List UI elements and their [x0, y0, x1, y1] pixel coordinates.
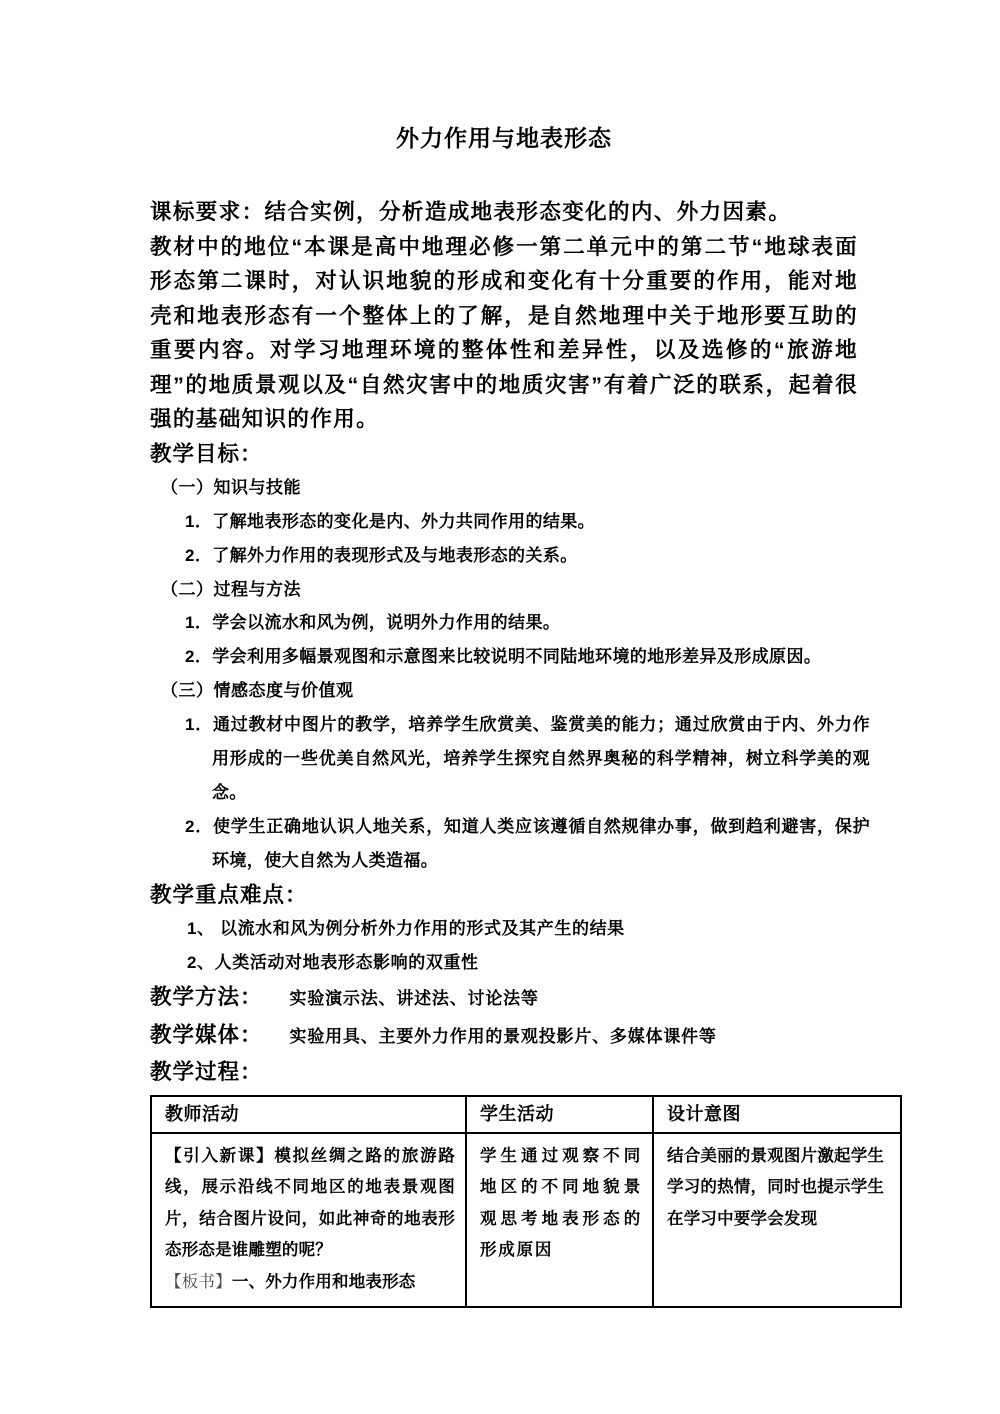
- teaching-goals-heading: 教学目标：: [150, 437, 900, 472]
- board-writing-text: 一、外力作用和地表形态: [232, 1273, 416, 1291]
- table-row: 【引入新课】模拟丝绸之路的旅游路线，展示沿线不同地区的地表景观图片，结合图片设问…: [151, 1133, 901, 1308]
- teaching-media-line: 教学媒体：实验用具、主要外力作用的景观投影片、多媒体课件等: [150, 1018, 900, 1056]
- student-activity-text: 学生通过观察不同地区的不同地貌景观思考地表形态的形成原因: [480, 1141, 642, 1267]
- goals-subsection-1-item-2: 2．了解外力作用的表现形式及与地表形态的关系。: [150, 539, 870, 573]
- goals-subsection-2-item-1: 1．学会以流水和风为例，说明外力作用的结果。: [150, 606, 870, 640]
- teacher-intro-text: 【引入新课】模拟丝绸之路的旅游路线，展示沿线不同地区的地表景观图片，结合图片设问…: [165, 1141, 455, 1267]
- course-standard-paragraph: 课标要求：结合实例，分析造成地表形态变化的内、外力因素。: [150, 195, 858, 230]
- student-activity-cell: 学生通过观察不同地区的不同地貌景观思考地表形态的形成原因: [466, 1133, 653, 1308]
- key-points-item-2: 2、人类活动对地表形态影响的双重性: [150, 946, 900, 980]
- document-title: 外力作用与地表形态: [150, 120, 858, 153]
- column-header-teacher-activity: 教师活动: [151, 1096, 466, 1133]
- goals-subsection-2-heading: （二）过程与方法: [150, 573, 900, 607]
- column-header-student-activity: 学生活动: [466, 1096, 653, 1133]
- table-header-row: 教师活动 学生活动 设计意图: [151, 1096, 901, 1133]
- teaching-media-heading: 教学媒体：: [150, 1023, 263, 1047]
- goals-subsection-3-heading: （三）情感态度与价值观: [150, 674, 900, 708]
- teaching-media-text: 实验用具、主要外力作用的景观投影片、多媒体课件等: [290, 1027, 717, 1046]
- goals-subsection-2-item-2: 2．学会利用多幅景观图和示意图来比较说明不同陆地环境的地形差异及形成原因。: [150, 640, 870, 674]
- teaching-process-heading: 教学过程：: [150, 1055, 900, 1090]
- column-header-design-intent: 设计意图: [653, 1096, 901, 1133]
- key-points-heading: 教学重点难点：: [150, 878, 900, 913]
- design-intent-cell: 结合美丽的景观图片激起学生学习的热情，同时也提示学生在学习中要学会发现: [653, 1133, 901, 1308]
- teacher-board-line: 【板书】一、外力作用和地表形态: [165, 1267, 455, 1299]
- teaching-method-line: 教学方法：实验演示法、讲述法、讨论法等: [150, 980, 900, 1018]
- key-points-item-1: 1、 以流水和风为例分析外力作用的形式及其产生的结果: [150, 912, 900, 946]
- teaching-process-table: 教师活动 学生活动 设计意图 【引入新课】模拟丝绸之路的旅游路线，展示沿线不同地…: [150, 1095, 902, 1309]
- teacher-activity-cell: 【引入新课】模拟丝绸之路的旅游路线，展示沿线不同地区的地表景观图片，结合图片设问…: [151, 1133, 466, 1308]
- teaching-method-heading: 教学方法：: [150, 985, 263, 1009]
- goals-subsection-3-item-1: 1．通过教材中图片的教学，培养学生欣赏美、鉴赏美的能力；通过欣赏由于内、外力作用…: [150, 708, 870, 810]
- goals-subsection-1-item-1: 1．了解地表形态的变化是内、外力共同作用的结果。: [150, 505, 870, 539]
- board-writing-tag: 【板书】: [165, 1273, 232, 1291]
- material-status-paragraph: 教材中的地位“本课是高中地理必修一第二单元中的第二节“地球表面形态第二课时，对认…: [150, 230, 858, 437]
- course-standard-label: 课标要求：: [150, 200, 265, 224]
- lesson-plan-page: 外力作用与地表形态 课标要求：结合实例，分析造成地表形态变化的内、外力因素。 教…: [0, 0, 1000, 1414]
- goals-subsection-3-item-2: 2．使学生正确地认识人地关系，知道人类应该遵循自然规律办事，做到趋利避害，保护环…: [150, 810, 870, 878]
- teaching-method-text: 实验演示法、讲述法、讨论法等: [290, 989, 539, 1008]
- course-standard-text: 结合实例，分析造成地表形态变化的内、外力因素。: [265, 200, 792, 224]
- design-intent-text: 结合美丽的景观图片激起学生学习的热情，同时也提示学生在学习中要学会发现: [667, 1141, 890, 1236]
- goals-subsection-1-heading: （一）知识与技能: [150, 471, 900, 505]
